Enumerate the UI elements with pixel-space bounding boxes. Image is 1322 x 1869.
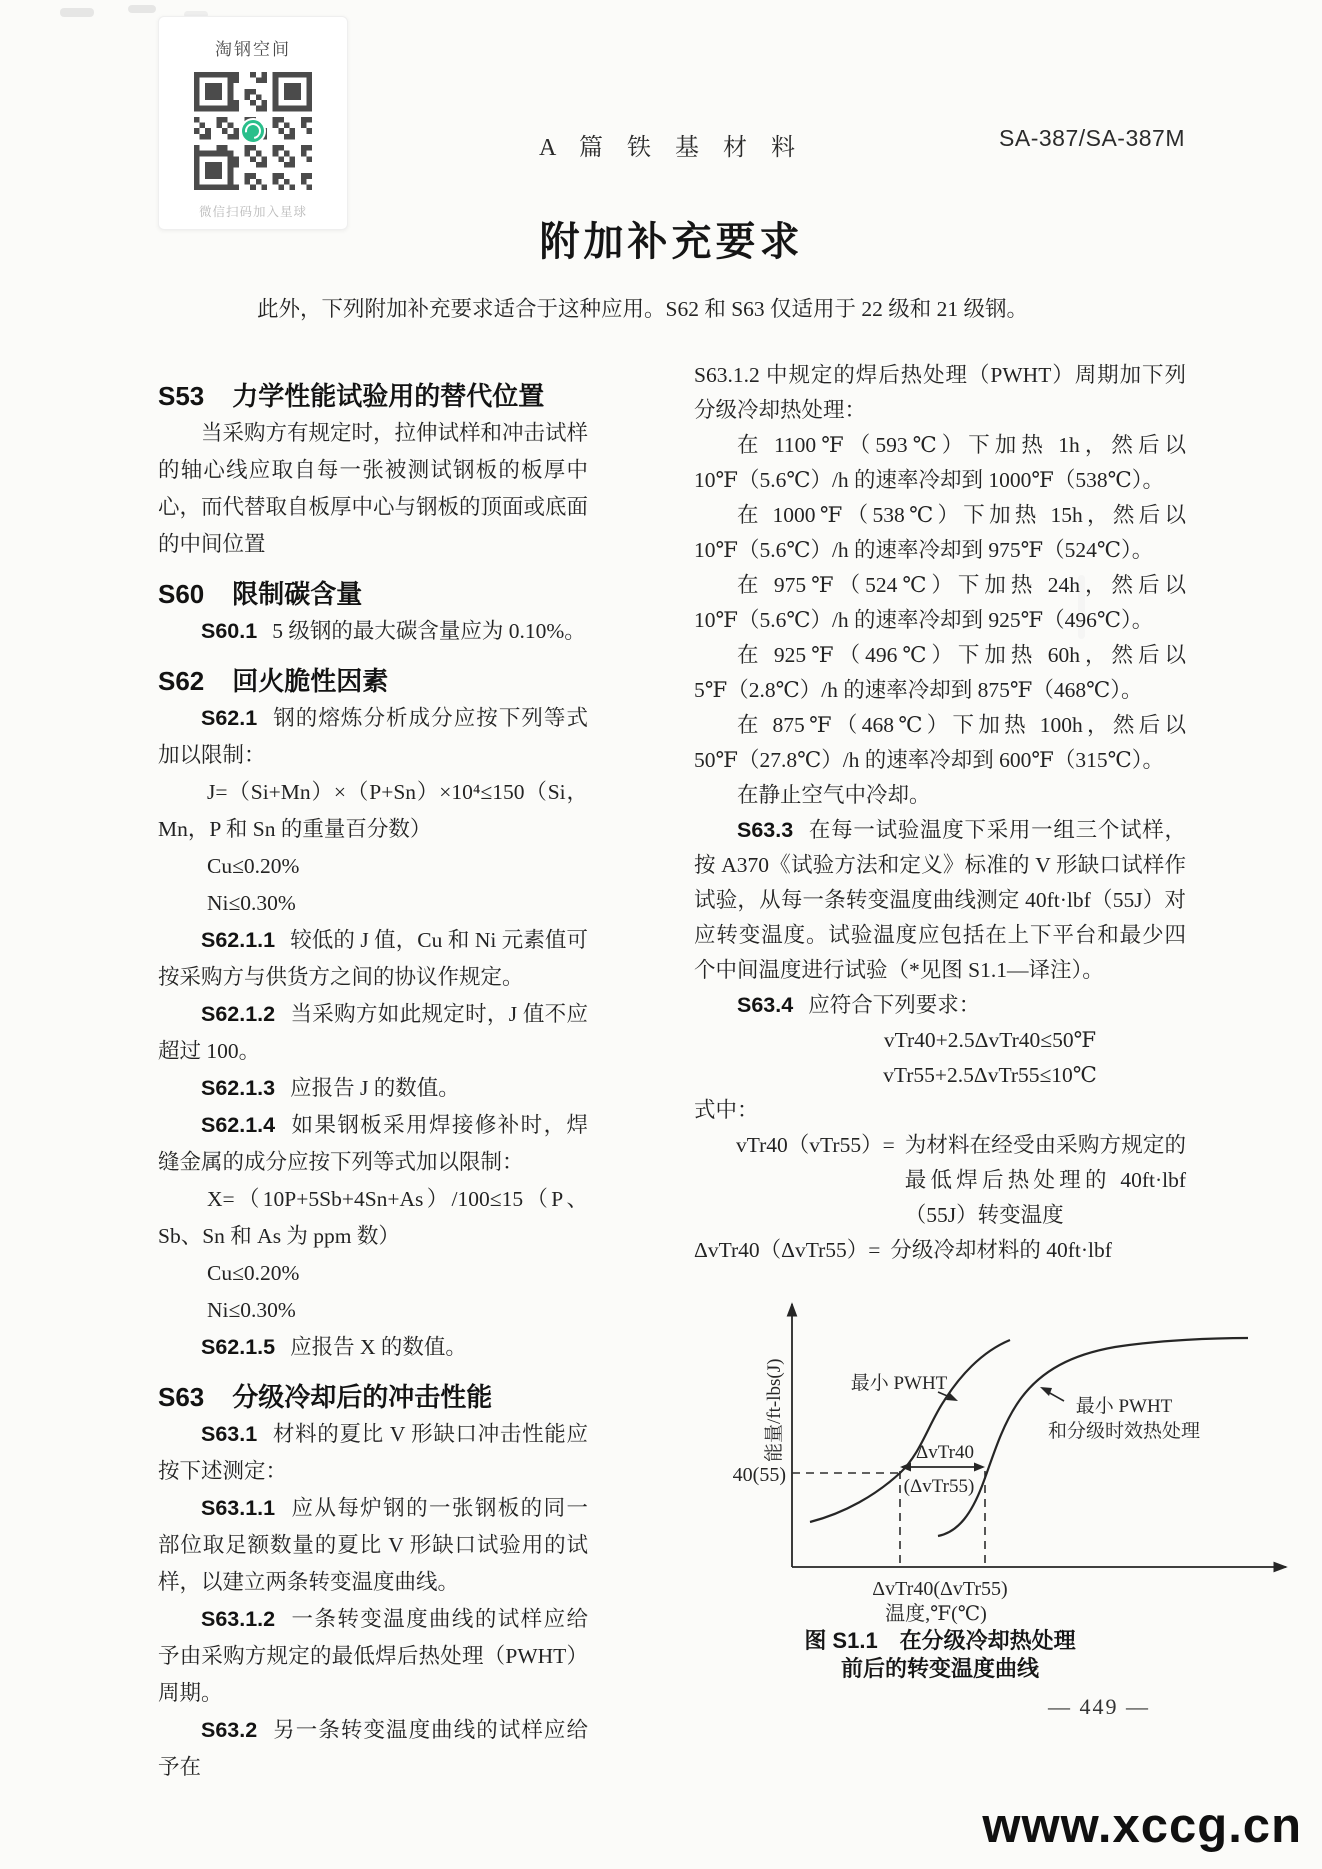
section-title: 分级冷却后的冲击性能 (232, 1379, 492, 1416)
clause-number: S63.1.1 (201, 1496, 275, 1520)
where-label: 式中： (694, 1093, 1186, 1128)
clause-number: S62.1.4 (201, 1113, 275, 1137)
section-heading-s63: S63分级冷却后的冲击性能 (158, 1379, 588, 1416)
paragraph-continuation: S63.1.2 中规定的焊后热处理（PWHT）周期加下列分级冷却热处理： (694, 358, 1186, 428)
paragraph-s63-1-2: S63.1.2一条转变温度曲线的试样应给予由采购方规定的最低焊后热处理（PWHT… (158, 1601, 588, 1712)
heat-step-925: 在 925℉（496℃）下加热 60h，然后以 5℉（2.8℃）/h 的速率冷却… (694, 638, 1186, 708)
clause-number: S62.1.2 (201, 1002, 275, 1026)
clause-number: S63.1 (201, 1422, 257, 1446)
formula-vtr40: vTr40+2.5ΔvTr40≤50℉ (694, 1023, 1186, 1058)
formula-vtr55: vTr55+2.5ΔvTr55≤10℃ (694, 1058, 1186, 1093)
page-number: — 449 — (1048, 1694, 1150, 1720)
section-title: 回火脆性因素 (232, 663, 388, 700)
left-column: S53力学性能试验用的替代位置 当采购方有规定时，拉伸试样和冲击试样的轴心线应取… (158, 378, 588, 1786)
heat-step-1000: 在 1000℉（538℃）下加热 15h，然后以 10℉（5.6℃）/h 的速率… (694, 498, 1186, 568)
section-number: S63 (158, 1379, 204, 1416)
clause-number: S62.1.1 (201, 928, 275, 952)
right-column: S63.1.2 中规定的焊后热处理（PWHT）周期加下列分级冷却热处理： 在 1… (694, 358, 1186, 1268)
definition-delta-vtr40: ΔvTr40（ΔvTr55）=分级冷却材料的 40ft·lbf (694, 1233, 1186, 1268)
formula-x: X=（10P+5Sb+4Sn+As）/100≤15（P、Sb、Sn 和 As 为… (158, 1181, 588, 1255)
paragraph-s63-3: S63.3在每一试验温度下采用一组三个试样，按 A370《试验方法和定义》标准的… (694, 813, 1186, 988)
paragraph-s62-1-1: S62.1.1较低的 J 值，Cu 和 Ni 元素值可按采购方与供货方之间的协议… (158, 922, 588, 996)
clause-number: S63.4 (737, 993, 793, 1017)
transition-curve-figure: 能量/ft-lbs(J) 40(55) ΔvTr40 (ΔvTr55) 最小 P… (700, 1290, 1300, 1630)
delta-arrowhead-right (974, 1463, 985, 1472)
qr-card: 淘钢空间 微信扫码加入星球 (158, 16, 348, 230)
document-page: 淘钢空间 微信扫码加入星球 A 篇 铁 基 材 料 SA-387/SA-387M… (0, 0, 1322, 1869)
watermark: www.xccg.cn (982, 1798, 1302, 1854)
curve-label-min-pwht: 最小 PWHT (851, 1372, 948, 1394)
clause-number: S62.1 (201, 706, 257, 730)
y-axis-label: 能量/ft-lbs(J) (763, 1359, 785, 1462)
paragraph-s63-2: S63.2另一条转变温度曲线的试样应给予在 (158, 1712, 588, 1786)
clause-number: S60.1 (201, 619, 257, 643)
limit-cu: Cu≤0.20% (158, 1255, 588, 1292)
x-axis-label: 温度,℉(℃) (885, 1602, 987, 1625)
section-number: S53 (158, 378, 204, 415)
clause-number: S63.3 (737, 818, 793, 842)
section-heading-s53: S53力学性能试验用的替代位置 (158, 378, 588, 415)
delta-label-top: ΔvTr40 (916, 1442, 974, 1463)
page-title: 附加补充要求 (158, 210, 1185, 267)
section-number: S62 (158, 663, 204, 700)
cooling-note: 在静止空气中冷却。 (694, 778, 1186, 813)
scan-artifact (128, 5, 156, 13)
definition-term: ΔvTr40（ΔvTr55）= (694, 1233, 880, 1268)
limit-ni: Ni≤0.30% (158, 1292, 588, 1329)
formula-j: J=（Si+Mn）×（P+Sn）×10⁴≤150（Si，Mn，P 和 Sn 的重… (158, 774, 588, 848)
y-reference-label: 40(55) (733, 1464, 786, 1486)
paragraph: 当采购方有规定时，拉伸试样和冲击试样的轴心线应取自每一张被测试钢板的板厚中心，而… (158, 415, 588, 563)
section-title: 力学性能试验用的替代位置 (232, 378, 544, 415)
paragraph-s63-1-1: S63.1.1应从每炉钢的一张钢板的同一部位取足额数量的夏比 V 形缺口试验用的… (158, 1490, 588, 1601)
delta-label-bottom: (ΔvTr55) (904, 1476, 975, 1497)
limit-ni: Ni≤0.30% (158, 885, 588, 922)
section-heading-s60: S60限制碳含量 (158, 576, 588, 613)
heat-step-1100: 在 1100℉（593℃）下加热 1h，然后以 10℉（5.6℃）/h 的速率冷… (694, 428, 1186, 498)
curve-label-step-aged-1: 最小 PWHT (1076, 1395, 1173, 1417)
scan-artifact (60, 8, 94, 17)
paragraph-s60-1: S60.15 级钢的最大碳含量应为 0.10%。 (158, 613, 588, 650)
section-heading-s62: S62回火脆性因素 (158, 663, 588, 700)
x-axis-note: ΔvTr40(ΔvTr55) (872, 1578, 1007, 1600)
clause-number: S62.1.5 (201, 1335, 275, 1359)
curve-label-step-aged-2: 和分级时效热处理 (1048, 1420, 1200, 1442)
paragraph-s63-4: S63.4应符合下列要求： (694, 988, 1186, 1023)
definition-vtr40: vTr40（vTr55）=为材料在经受由采购方规定的最低焊后热处理的 40ft·… (736, 1128, 1186, 1233)
heat-step-875: 在 875℉（468℃）下加热 100h，然后以 50℉（27.8℃）/h 的速… (694, 708, 1186, 778)
label-pointer-line (1048, 1392, 1064, 1401)
paragraph-s62-1-4: S62.1.4如果钢板采用焊接修补时，焊缝金属的成分应按下列等式加以限制： (158, 1107, 588, 1181)
figure-caption: 图 S1.1 在分级冷却热处理 前后的转变温度曲线 (700, 1627, 1180, 1683)
definition-term: vTr40（vTr55）= (736, 1128, 895, 1233)
clause-number: S63.2 (201, 1718, 257, 1742)
limit-cu: Cu≤0.20% (158, 848, 588, 885)
clause-number: S63.1.2 (201, 1607, 275, 1631)
qr-card-title: 淘钢空间 (215, 35, 291, 60)
figure-caption-line1: 图 S1.1 在分级冷却热处理 (700, 1627, 1180, 1655)
section-title: 限制碳含量 (232, 576, 362, 613)
label-pointer-head (1040, 1387, 1052, 1396)
paragraph-s62-1: S62.1钢的熔炼分析成分应按下列等式加以限制： (158, 700, 588, 774)
heat-step-975: 在 975℉（524℃）下加热 24h，然后以 10℉（5.6℃）/h 的速率冷… (694, 568, 1186, 638)
header-doc-code: SA-387/SA-387M (999, 125, 1185, 152)
paragraph-s62-1-3: S62.1.3应报告 J 的数值。 (158, 1070, 588, 1107)
paragraph-s62-1-5: S62.1.5应报告 X 的数值。 (158, 1329, 588, 1366)
paragraph-s63-1: S63.1材料的夏比 V 形缺口冲击性能应按下述测定： (158, 1416, 588, 1490)
paragraph-s62-1-2: S62.1.2当采购方如此规定时，J 值不应超过 100。 (158, 996, 588, 1070)
section-number: S60 (158, 576, 204, 613)
intro-paragraph: 此外，下列附加补充要求适合于这种应用。S62 和 S63 仅适用于 22 级和 … (214, 292, 1164, 326)
clause-number: S62.1.3 (201, 1076, 275, 1100)
figure-s1-1: 能量/ft-lbs(J) 40(55) ΔvTr40 (ΔvTr55) 最小 P… (700, 1290, 1300, 1700)
figure-caption-line2: 前后的转变温度曲线 (700, 1655, 1180, 1683)
